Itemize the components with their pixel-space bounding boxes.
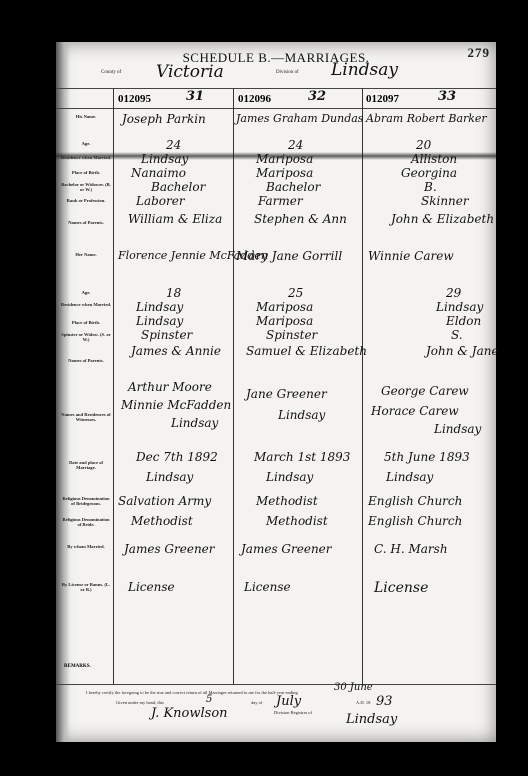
registrar-label: Division Registrar of [274, 710, 312, 715]
his-age: 20 [416, 138, 431, 152]
cert-day: 5 [206, 694, 212, 705]
row-label: Religious Denomination of Bride. [60, 517, 112, 527]
her-status: Spinster [141, 328, 192, 342]
ad-label: A.D. 18 [356, 700, 370, 705]
given-line: Given under my hand, this [116, 700, 164, 705]
column-divider [362, 88, 363, 684]
her-age: 25 [288, 286, 303, 300]
officiant: James Greener [124, 542, 215, 556]
his-residence: Lindsay [141, 152, 188, 166]
row-label: Date and place of Marriage. [60, 460, 112, 470]
row-label: Age. [60, 141, 112, 146]
marriage-date: 5th June 1893 [384, 450, 470, 464]
his-status: Bachelor [151, 180, 205, 194]
her-birth: Lindsay [136, 314, 183, 328]
row-label: Her Name. [60, 252, 112, 257]
officiant: C. H. Marsh [374, 542, 448, 556]
her-parents: John & Jane [426, 344, 499, 358]
his-birth: Georgina [401, 166, 457, 180]
row-label: Residence when Married. [60, 302, 112, 307]
county-value: Victoria [156, 62, 224, 82]
day-of-label: day of [251, 700, 262, 705]
her-age: 18 [166, 286, 181, 300]
row-label: His Name. [60, 114, 112, 119]
row-label: Names and Residences of Witnesses. [60, 412, 112, 422]
registrar-signature: J. Knowlson [151, 706, 228, 721]
her-residence: Mariposa [256, 300, 313, 314]
his-residence: Mariposa [256, 152, 313, 166]
his-parents: Stephen & Ann [254, 212, 347, 226]
his-rank: Laborer [136, 194, 185, 208]
row-label: Bachelor or Widower. (B. or W.) [60, 182, 112, 192]
county-label: County of [101, 70, 121, 75]
license-type: License [128, 580, 175, 594]
his-birth: Nanaimo [131, 166, 186, 180]
divider [56, 108, 496, 109]
schedule-title: SCHEDULE B.—MARRIAGES. [56, 50, 496, 66]
bride-religion: Methodist [131, 514, 193, 528]
her-parents: James & Annie [131, 344, 221, 358]
witness-2: Minnie McFadden [121, 398, 231, 412]
his-rank: Farmer [258, 194, 303, 208]
marriage-place: Lindsay [386, 470, 433, 484]
her-status: Spinster [266, 328, 317, 342]
register-page: 279 SCHEDULE B.—MARRIAGES. County of Vic… [56, 42, 496, 742]
license-type: License [244, 580, 291, 594]
her-birth: Eldon [446, 314, 481, 328]
her-parents: Samuel & Elizabeth [246, 344, 367, 358]
his-residence: Alliston [411, 152, 457, 166]
his-parents: William & Eliza [128, 212, 222, 226]
row-label: Religious Denomination of Bridegroom. [60, 496, 112, 506]
row-label: By whom Married. [60, 544, 112, 549]
witness-1: Jane Greener [246, 387, 327, 401]
divider [56, 684, 496, 685]
her-residence: Lindsay [436, 300, 483, 314]
her-age: 29 [446, 286, 461, 300]
row-label: Age. [60, 290, 112, 295]
groom-religion: English Church [368, 494, 462, 508]
groom-religion: Methodist [256, 494, 318, 508]
bride-religion: Methodist [266, 514, 328, 528]
his-age: 24 [288, 138, 303, 152]
column-divider [113, 88, 114, 684]
his-name: Abram Robert Barker [366, 112, 487, 125]
his-name: James Graham Dundas [236, 112, 363, 125]
his-rank: Skinner [421, 194, 469, 208]
witness-residence: Lindsay [171, 416, 218, 430]
registrar-division: Lindsay [346, 712, 397, 727]
his-status: B. [424, 180, 437, 194]
her-name: Winnie Carew [368, 249, 454, 263]
remarks-label: REMARKS. [64, 664, 91, 669]
marriage-place: Lindsay [266, 470, 313, 484]
groom-religion: Salvation Army [118, 494, 211, 508]
row-label: Spinster or Widow. (S. or W.) [60, 332, 112, 342]
license-type: License [374, 580, 428, 596]
his-birth: Mariposa [256, 166, 313, 180]
her-name: Mary Jane Gorrill [236, 249, 342, 263]
divider [56, 88, 496, 89]
witness-residence: Lindsay [278, 408, 325, 422]
bride-religion: English Church [368, 514, 462, 528]
witness-1: George Carew [381, 384, 469, 398]
his-status: Bachelor [266, 180, 320, 194]
column-divider [233, 88, 234, 684]
row-label: By License or Banns. (L. or B.) [60, 582, 112, 592]
witness-residence: Lindsay [434, 422, 481, 436]
witness-2: Horace Carew [371, 404, 459, 418]
her-residence: Lindsay [136, 300, 183, 314]
row-label: Names of Parents. [60, 358, 112, 363]
row-label: Residence when Married. [60, 155, 112, 160]
officiant: James Greener [241, 542, 332, 556]
his-parents: John & Elizabeth [391, 212, 494, 226]
his-name: Joseph Parkin [122, 112, 206, 126]
marriage-date: Dec 7th 1892 [136, 450, 218, 464]
marriage-date: March 1st 1893 [254, 450, 350, 464]
row-label: Place of Birth. [60, 320, 112, 325]
marriage-place: Lindsay [146, 470, 193, 484]
division-label: Division of [276, 70, 299, 75]
her-status: S. [451, 328, 463, 342]
division-value: Lindsay [331, 60, 398, 80]
his-age: 24 [166, 138, 181, 152]
her-birth: Mariposa [256, 314, 313, 328]
cert-month: July [276, 694, 301, 709]
row-label: Rank or Profession. [60, 198, 112, 203]
row-label: Names of Parents. [60, 220, 112, 225]
cert-year: 93 [376, 694, 393, 709]
row-label: Place of Birth. [60, 170, 112, 175]
witness-1: Arthur Moore [128, 380, 212, 394]
period-end: 30 June [334, 682, 373, 693]
